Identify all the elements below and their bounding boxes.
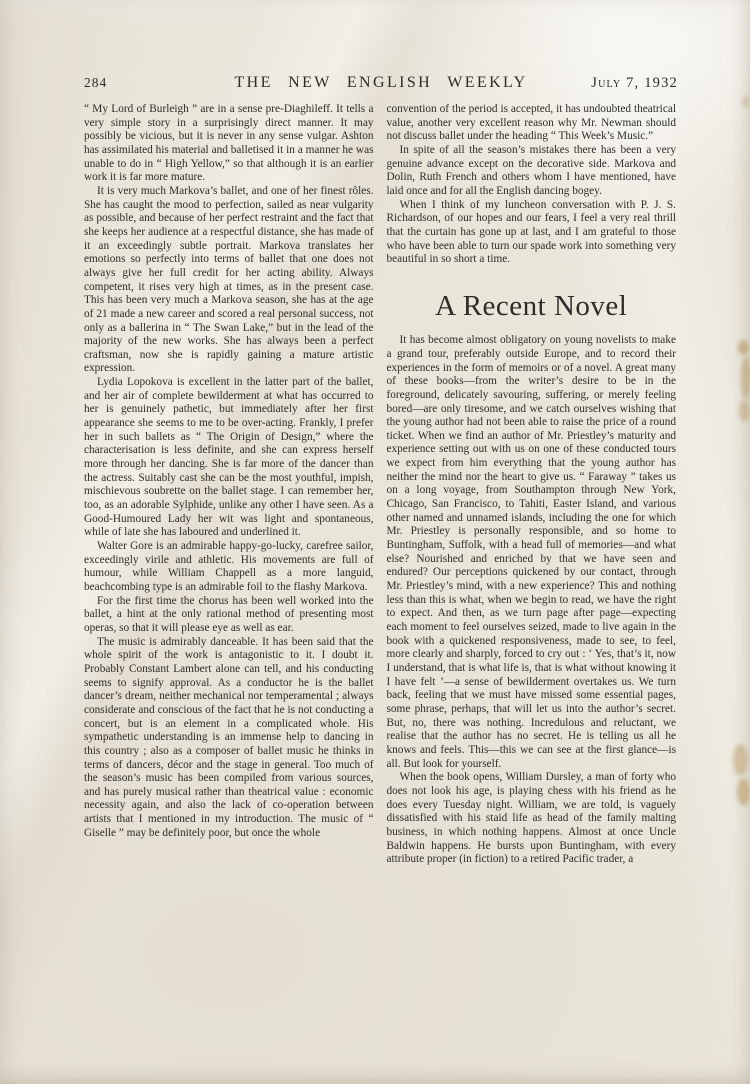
left-column: “ My Lord of Burleigh ” are in a sense p… <box>84 103 374 867</box>
article-heading: A Recent Novel <box>387 290 677 323</box>
body-paragraph: convention of the period is accepted, it… <box>387 103 677 144</box>
right-column: convention of the period is accepted, it… <box>387 103 677 867</box>
body-paragraph: For the first time the chorus has been w… <box>84 595 374 636</box>
body-paragraph: “ My Lord of Burleigh ” are in a sense p… <box>84 103 374 185</box>
body-paragraph: When I think of my luncheon conversation… <box>387 199 677 267</box>
body-paragraph: The music is admirably danceable. It has… <box>84 636 374 841</box>
page-number: 284 <box>84 75 107 91</box>
paper-stain <box>741 357 750 399</box>
issue-date: July 7, 1932 <box>591 75 678 92</box>
paper-stain <box>737 778 750 806</box>
page-header: 284 THE NEW ENGLISH WEEKLY July 7, 1932 <box>84 74 678 92</box>
journal-title: THE NEW ENGLISH WEEKLY <box>234 74 527 92</box>
paper-stain <box>739 400 750 422</box>
text-columns: “ My Lord of Burleigh ” are in a sense p… <box>84 103 676 867</box>
body-paragraph: When the book opens, William Dursley, a … <box>387 771 677 867</box>
paper-stain <box>733 744 748 776</box>
paper-stain <box>742 96 750 108</box>
body-paragraph: It is very much Markova’s ballet, and on… <box>84 185 374 376</box>
magazine-page: 284 THE NEW ENGLISH WEEKLY July 7, 1932 … <box>0 0 750 1084</box>
body-paragraph: Lydia Lopokova is excellent in the latte… <box>84 376 374 540</box>
paper-stain <box>738 340 749 355</box>
body-paragraph: It has become almost obligatory on young… <box>387 334 677 771</box>
body-paragraph: Walter Gore is an admirable happy-go-luc… <box>84 540 374 595</box>
body-paragraph: In spite of all the season’s mistakes th… <box>387 144 677 199</box>
